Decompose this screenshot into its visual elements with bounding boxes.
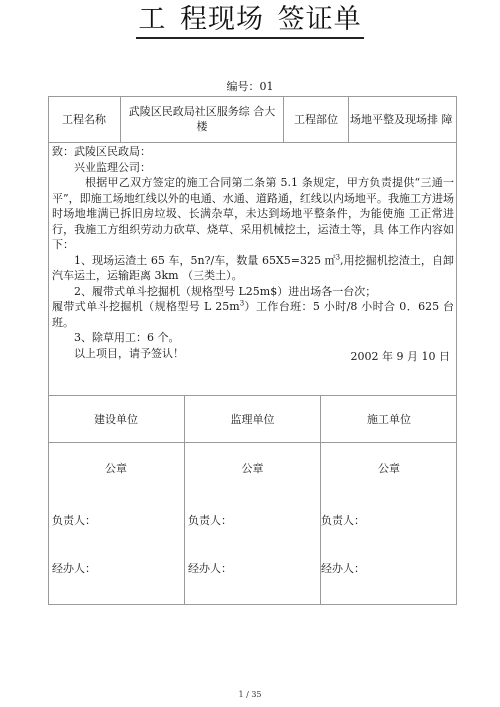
project-part-value: 场地平整及现场排 障 (349, 96, 457, 142)
seal-supervisor: 公章 (185, 458, 320, 478)
responsible-owner: 负责人： (52, 512, 96, 528)
item-2a: 2、履带式单斗挖掘机（规格型号 L25m$）进出场各一台次； (52, 284, 454, 300)
unit-label-owner: 建设单位 (48, 396, 184, 442)
visa-content: 致：武陵区民政局： 兴业监理公司： 根据甲乙双方签定的施工合同第二条第 5.1 … (52, 144, 454, 361)
handler-contractor: 经办人： (321, 560, 365, 576)
document-title-text: 工 程现场 签证单 (136, 4, 363, 39)
seal-owner: 公章 (48, 458, 184, 478)
project-name-label: 工程名称 (48, 96, 120, 142)
item-3: 3、除草用工：6 个。 (52, 330, 454, 346)
project-part-label: 工程部位 (284, 96, 348, 142)
addressee-1: 致：武陵区民政局： (52, 144, 454, 160)
handler-owner: 经办人： (52, 560, 96, 576)
handler-supervisor: 经办人： (188, 560, 232, 576)
unit-label-contractor: 施工单位 (321, 396, 457, 442)
serial-number: 编号：01 (0, 78, 500, 94)
project-name-value: 武陵区民政局社区服务综 合大楼 (121, 96, 283, 142)
main-paragraph: 根据甲乙双方签定的施工合同第二条第 5.1 条规定，甲方负责提供“三通一平”，即… (52, 175, 454, 253)
visa-date: 2002 年 9 月 10 日 (351, 348, 450, 364)
unit-label-supervisor: 监理单位 (185, 396, 320, 442)
row-divider-header (48, 142, 457, 143)
item-1-text-a: 1、现场运渣土 65 车，5n?/车，数量 65X5=325 ㎡ (74, 254, 336, 267)
item-2b-text: 履带式单斗挖掘机（规格型号 L 25m (52, 300, 240, 313)
responsible-supervisor: 负责人： (188, 512, 232, 528)
addressee-2: 兴业监理公司： (52, 160, 454, 176)
document-title: 工 程现场 签证单 (0, 4, 500, 39)
responsible-contractor: 负责人： (321, 512, 365, 528)
item-1: 1、现场运渣土 65 车，5n?/车，数量 65X5=325 ㎡3,用挖掘机挖渣… (52, 253, 454, 284)
seal-contractor: 公章 (321, 458, 457, 478)
page-number: 1 / 35 (0, 690, 500, 699)
row-divider-units (48, 442, 457, 443)
item-2b: 履带式单斗挖掘机（规格型号 L 25m3）工作台班：5 小时/8 小时合 0．6… (52, 299, 454, 330)
